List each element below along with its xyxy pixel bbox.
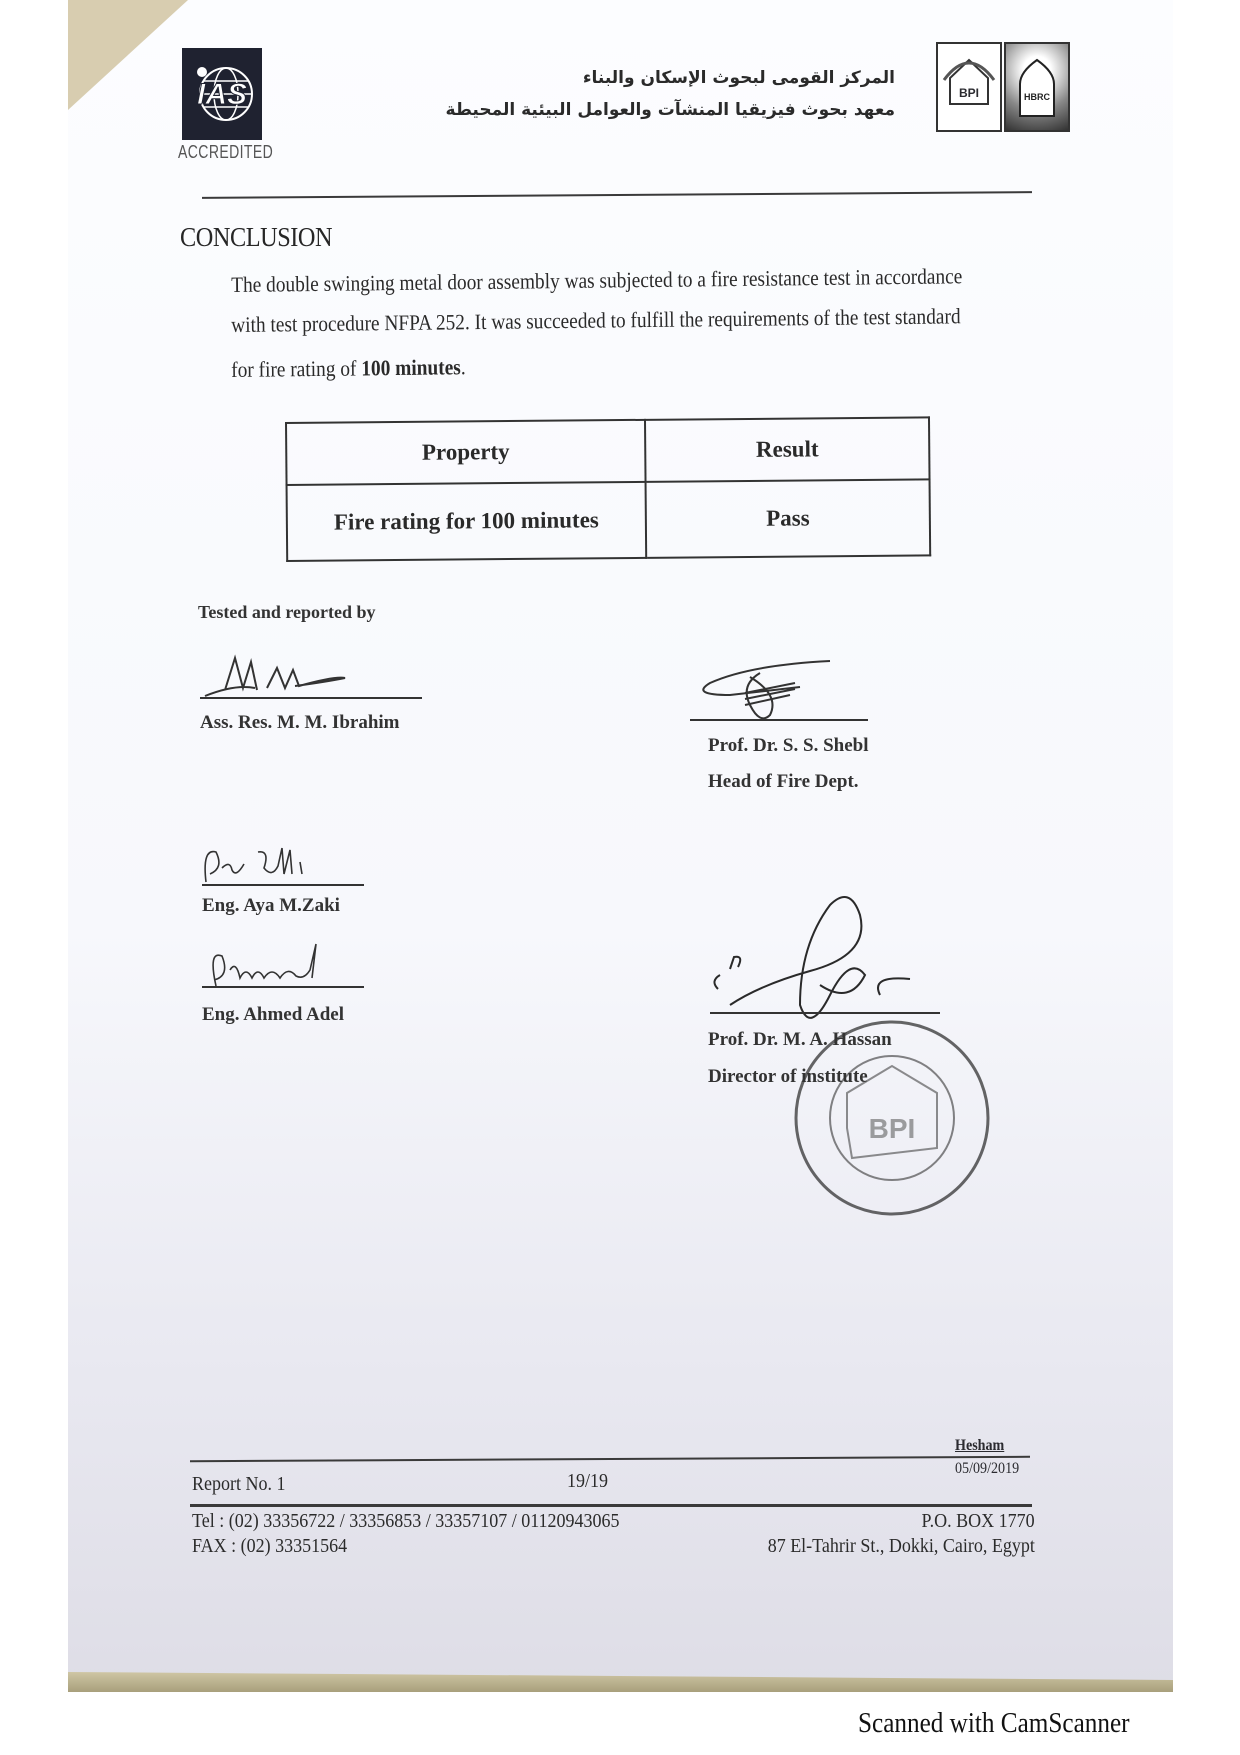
footer-date: 05/09/2019 bbox=[955, 1460, 1019, 1478]
signature-line bbox=[200, 697, 422, 699]
official-stamp: BPI bbox=[792, 1018, 992, 1218]
table-cell: Pass bbox=[646, 479, 931, 557]
signer-title: Head of Fire Dept. bbox=[708, 771, 859, 793]
table-header-row: Property Result bbox=[286, 417, 930, 485]
section-heading: CONCLUSION bbox=[180, 222, 332, 253]
svg-text:BPI: BPI bbox=[869, 1113, 916, 1144]
signer-name: Prof. Dr. S. S. Shebl bbox=[708, 735, 868, 757]
footer-fax: FAX : (02) 33351564 bbox=[192, 1535, 347, 1558]
signature-line bbox=[202, 986, 364, 988]
footer-divider-bottom bbox=[190, 1504, 1032, 1507]
signature-hassan bbox=[700, 885, 960, 1040]
institute-name-arabic: المركز القومى لبحوث الإسكان والبناء bbox=[583, 68, 895, 88]
report-number: Report No. 1 bbox=[192, 1473, 286, 1496]
table-header-cell: Property bbox=[286, 420, 646, 485]
hbrc-logo: HBRC bbox=[1004, 42, 1070, 132]
signer-name: Eng. Ahmed Adel bbox=[202, 1004, 344, 1026]
signature-line bbox=[202, 884, 364, 886]
signature-line bbox=[690, 719, 868, 721]
footer-tel: Tel : (02) 33356722 / 33356853 / 3335710… bbox=[192, 1510, 620, 1533]
signer-name: Ass. Res. M. M. Ibrahim bbox=[200, 712, 400, 734]
table-header-cell: Result bbox=[645, 417, 930, 481]
page-number: 19/19 bbox=[567, 1470, 608, 1493]
ias-logo: IAS bbox=[182, 48, 262, 140]
footer-po-box: P.O. BOX 1770 bbox=[922, 1510, 1035, 1533]
conclusion-line-3: for fire rating of 100 minutes. bbox=[231, 342, 935, 390]
footer-address: 87 El-Tahrir St., Dokki, Cairo, Egypt bbox=[768, 1535, 1035, 1558]
footer-author: Hesham bbox=[955, 1437, 1004, 1455]
background-surface-corner bbox=[68, 0, 188, 110]
scanner-watermark: Scanned with CamScanner bbox=[858, 1708, 1130, 1740]
conclusion-line-2: with test procedure NFPA 252. It was suc… bbox=[231, 297, 935, 345]
results-table: Property Result Fire rating for 100 minu… bbox=[285, 416, 931, 562]
signer-name: Eng. Aya M.Zaki bbox=[202, 895, 340, 917]
institute-subname-arabic: معهد بحوث فيزيقيا المنشآت والعوامل البيئ… bbox=[446, 100, 895, 120]
accredited-label: ACCREDITED bbox=[178, 142, 273, 163]
table-row: Fire rating for 100 minutes Pass bbox=[287, 479, 931, 561]
signature-line bbox=[710, 1012, 940, 1014]
table-cell: Fire rating for 100 minutes bbox=[287, 482, 647, 561]
bpi-logo: BPI bbox=[936, 42, 1002, 132]
tested-by-label: Tested and reported by bbox=[198, 602, 376, 623]
svg-text:IAS: IAS bbox=[197, 78, 247, 111]
signature-ibrahim bbox=[195, 648, 425, 713]
